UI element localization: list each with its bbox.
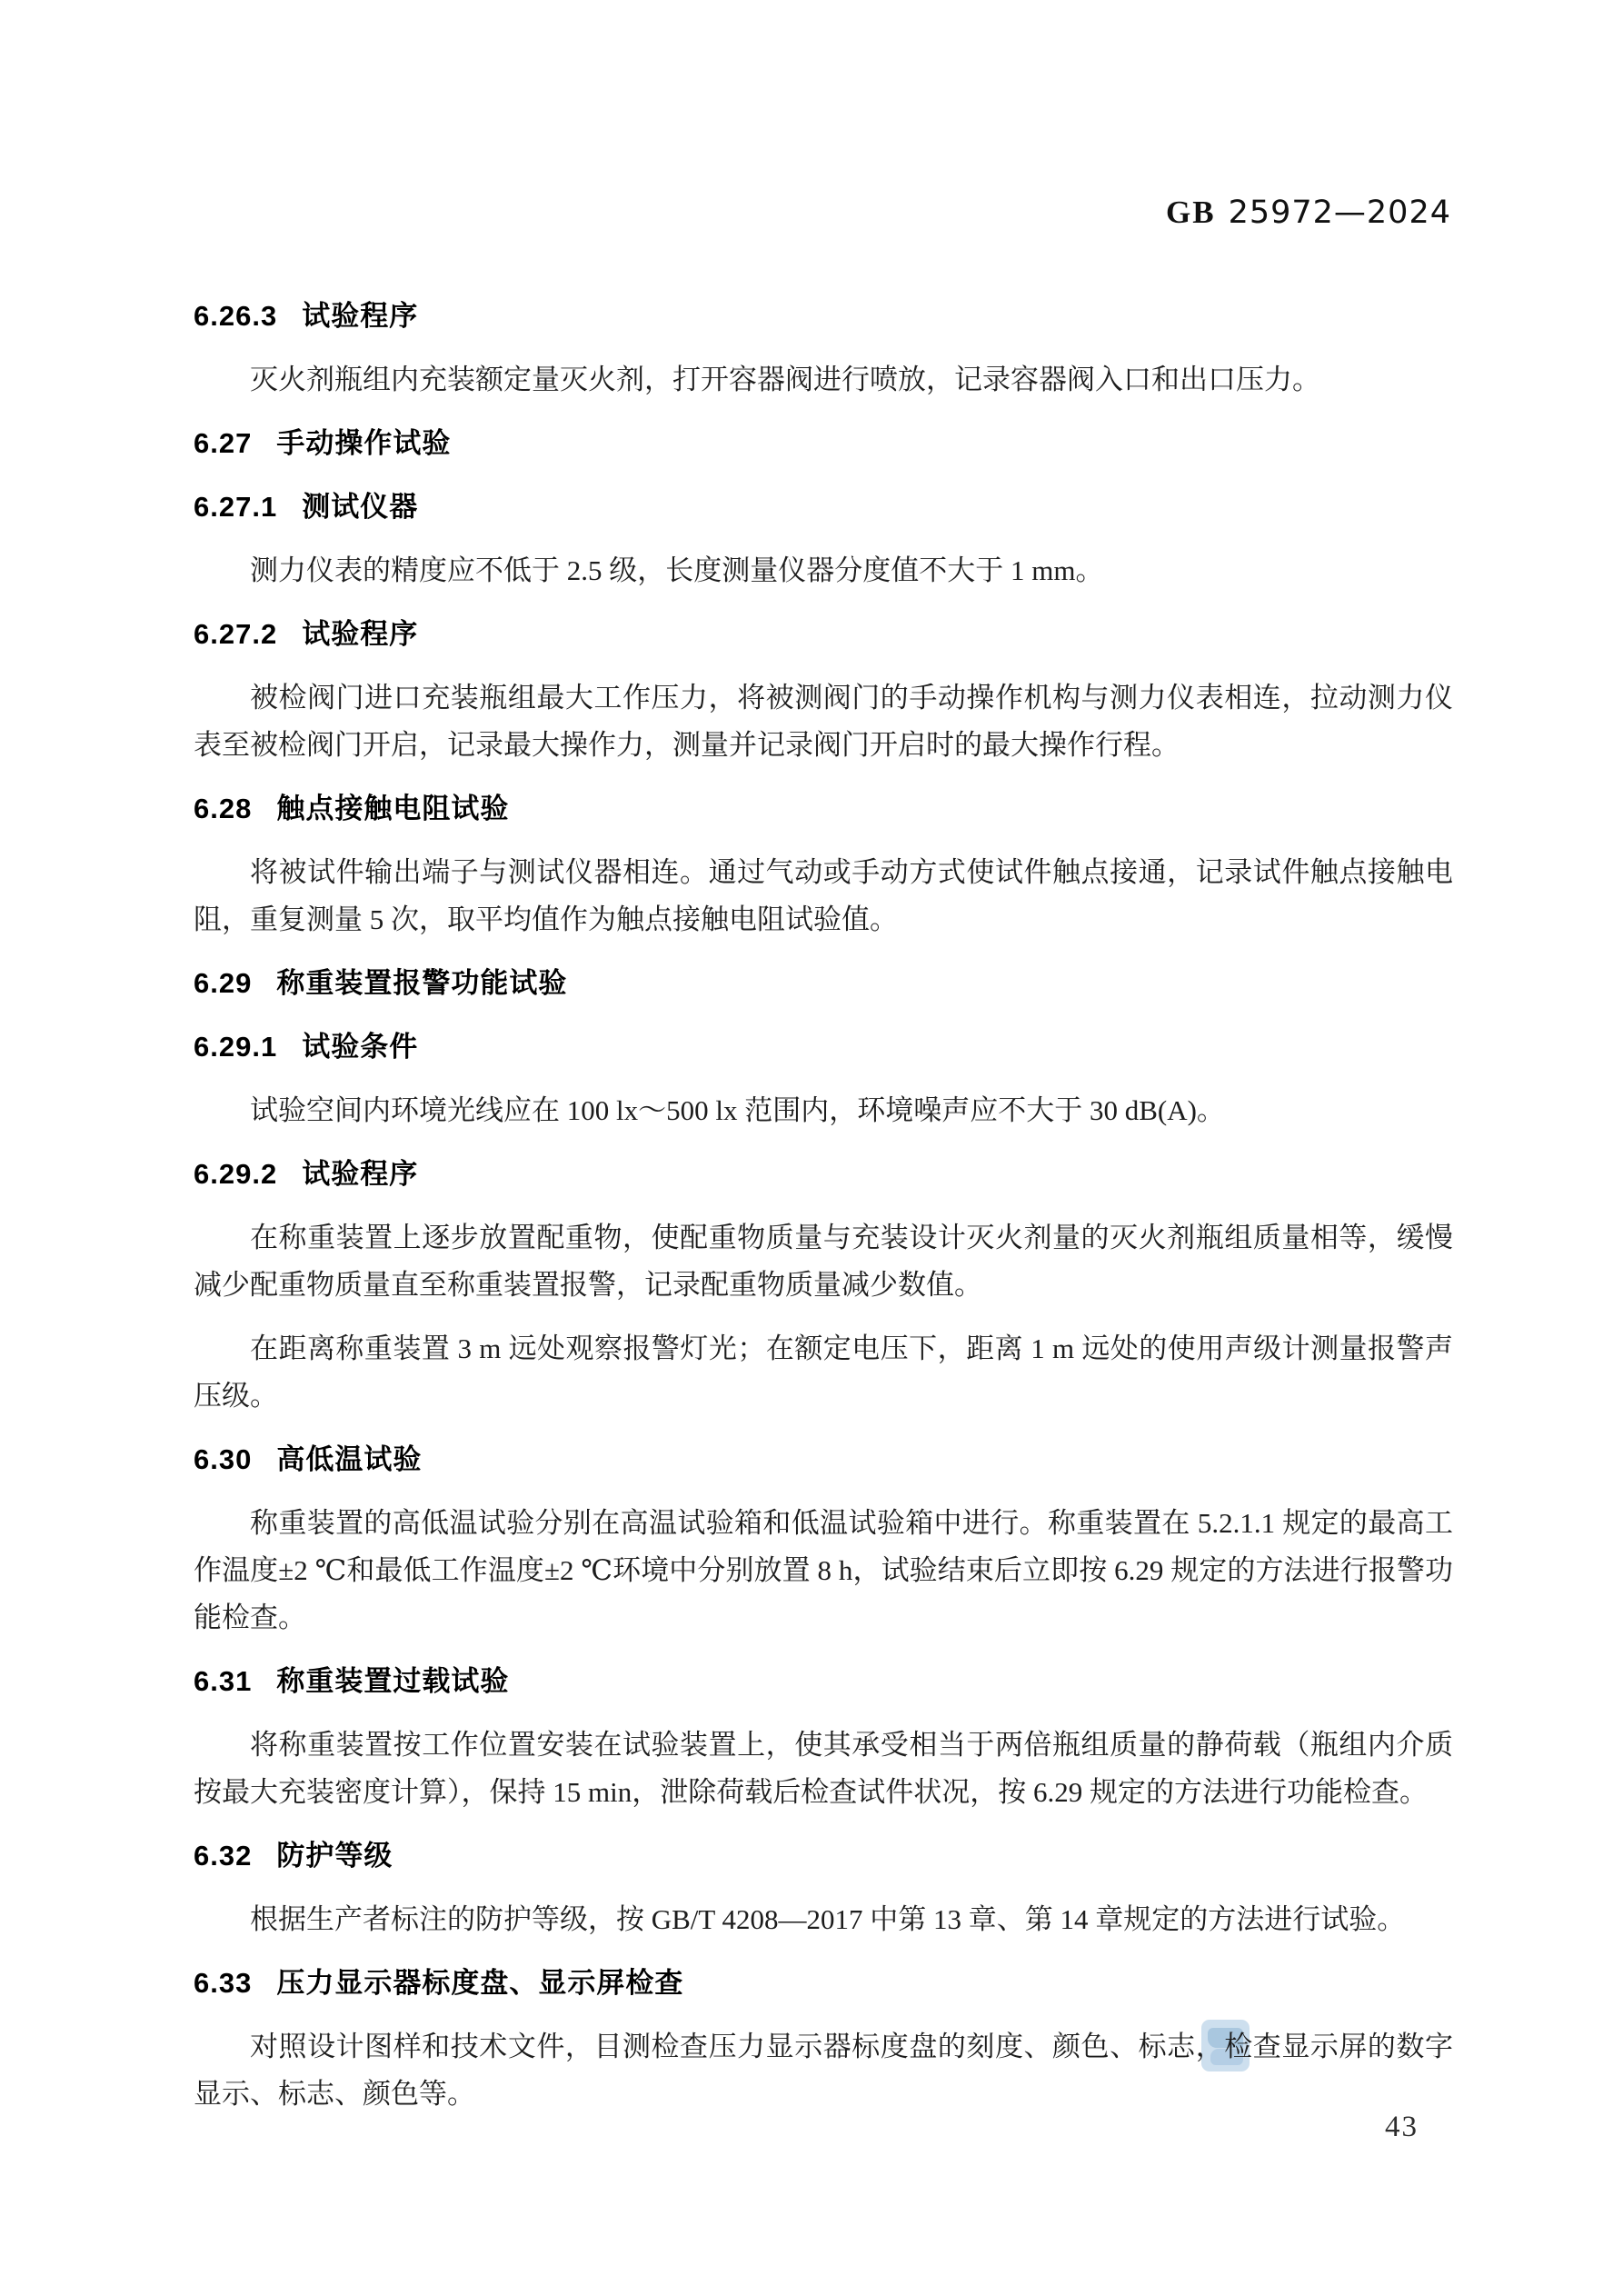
paragraph: 将被试件输出端子与测试仪器相连。通过气动或手动方式使试件触点接通，记录试件触点接… <box>194 849 1453 943</box>
standard-code-prefix: GB <box>1166 195 1216 230</box>
paragraph: 被检阀门进口充装瓶组最大工作压力，将被测阀门的手动操作机构与测力仪表相连，拉动测… <box>194 674 1453 769</box>
section-heading-6-29-2: 6.29.2试验程序 <box>194 1151 1453 1198</box>
section-title: 高低温试验 <box>276 1436 422 1483</box>
section-number: 6.29.1 <box>194 1023 277 1071</box>
paragraph: 将称重装置按工作位置安装在试验装置上，使其承受相当于两倍瓶组质量的静荷载（瓶组内… <box>194 1722 1453 1816</box>
section-heading-6-29-1: 6.29.1试验条件 <box>194 1023 1453 1071</box>
section-number: 6.31 <box>194 1658 252 1705</box>
section-number: 6.29.2 <box>194 1151 277 1198</box>
paragraph: 测力仪表的精度应不低于 2.5 级，长度测量仪器分度值不大于 1 mm。 <box>194 547 1453 594</box>
section-title: 试验程序 <box>302 1151 418 1198</box>
section-heading-6-32: 6.32防护等级 <box>194 1832 1453 1880</box>
section-heading-6-27-2: 6.27.2试验程序 <box>194 611 1453 658</box>
section-number: 6.32 <box>194 1832 252 1880</box>
section-title: 防护等级 <box>276 1832 393 1880</box>
paragraph: 试验空间内环境光线应在 100 lx～500 lx 范围内，环境噪声应不大于 3… <box>194 1087 1453 1134</box>
page-number: 43 <box>1385 2111 1419 2144</box>
section-title: 触点接触电阻试验 <box>276 785 509 833</box>
section-title: 试验程序 <box>302 293 418 340</box>
section-heading-6-29: 6.29称重装置报警功能试验 <box>194 960 1453 1007</box>
section-number: 6.26.3 <box>194 293 277 340</box>
section-heading-6-31: 6.31称重装置过载试验 <box>194 1658 1453 1705</box>
section-title: 试验程序 <box>302 611 418 658</box>
section-title: 压力显示器标度盘、显示屏检查 <box>276 1960 683 2007</box>
paragraph: 在距离称重装置 3 m 远处观察报警灯光；在额定电压下，距离 1 m 远处的使用… <box>194 1325 1453 1420</box>
paragraph: 根据生产者标注的防护等级，按 GB/T 4208—2017 中第 13 章、第 … <box>194 1896 1453 1943</box>
section-heading-6-27: 6.27手动操作试验 <box>194 420 1453 467</box>
section-title: 称重装置过载试验 <box>276 1658 509 1705</box>
section-heading-6-33: 6.33压力显示器标度盘、显示屏检查 <box>194 1960 1453 2007</box>
section-number: 6.33 <box>194 1960 252 2007</box>
section-number: 6.27.2 <box>194 611 277 658</box>
section-number: 6.30 <box>194 1436 252 1483</box>
section-number: 6.27.1 <box>194 484 277 531</box>
section-heading-6-26-3: 6.26.3试验程序 <box>194 293 1453 340</box>
section-heading-6-28: 6.28触点接触电阻试验 <box>194 785 1453 833</box>
section-heading-6-27-1: 6.27.1测试仪器 <box>194 484 1453 531</box>
section-title: 手动操作试验 <box>276 420 451 467</box>
document-page: GB25972—2024 6.26.3试验程序灭火剂瓶组内充装额定量灭火剂，打开… <box>0 0 1623 2296</box>
paragraph: 对照设计图样和技术文件，目测检查压力显示器标度盘的刻度、颜色、标志，检查显示屏的… <box>194 2023 1453 2118</box>
section-title: 称重装置报警功能试验 <box>276 960 567 1007</box>
document-body: 6.26.3试验程序灭火剂瓶组内充装额定量灭火剂，打开容器阀进行喷放，记录容器阀… <box>194 293 1453 2134</box>
section-title: 试验条件 <box>302 1023 418 1071</box>
section-number: 6.28 <box>194 785 252 833</box>
section-title: 测试仪器 <box>302 484 418 531</box>
paragraph: 在称重装置上逐步放置配重物，使配重物质量与充装设计灭火剂量的灭火剂瓶组质量相等，… <box>194 1214 1453 1309</box>
section-heading-6-30: 6.30高低温试验 <box>194 1436 1453 1483</box>
section-number: 6.27 <box>194 420 252 467</box>
section-number: 6.29 <box>194 960 252 1007</box>
standard-code-number: 25972—2024 <box>1229 195 1451 231</box>
paragraph: 称重装置的高低温试验分别在高温试验箱和低温试验箱中进行。称重装置在 5.2.1.… <box>194 1500 1453 1642</box>
paragraph: 灭火剂瓶组内充装额定量灭火剂，打开容器阀进行喷放，记录容器阀入口和出口压力。 <box>194 356 1453 404</box>
standard-code-header: GB25972—2024 <box>1166 195 1451 231</box>
